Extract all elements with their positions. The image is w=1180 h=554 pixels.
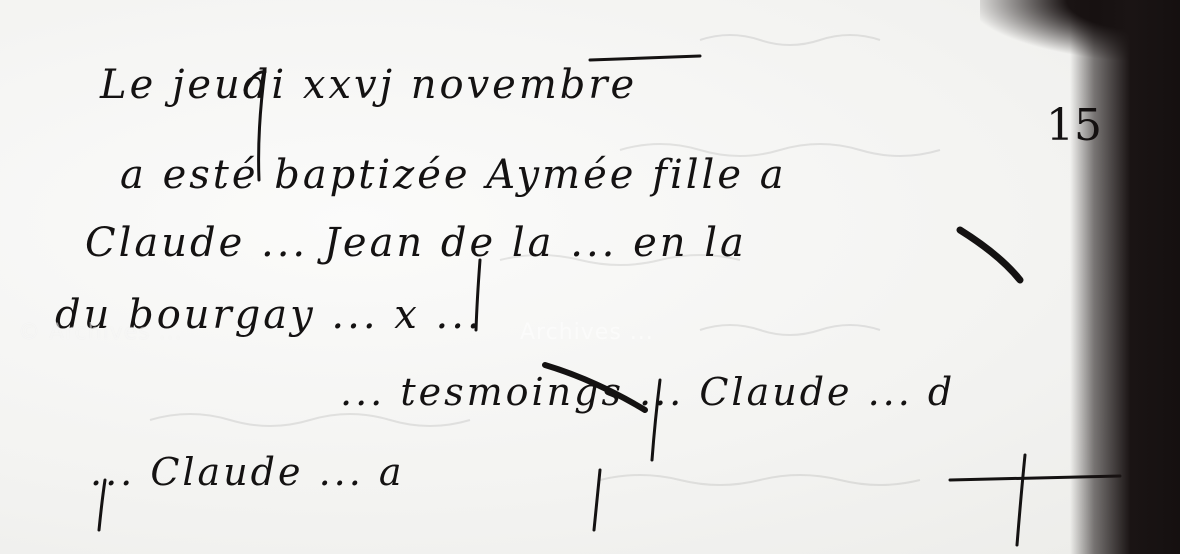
text-line-5: ... tesmoings ... Claude ... d [340,370,955,414]
watermark-left: © Archives ... [18,320,183,345]
binding-shadow [1070,0,1180,554]
text-line-6: ... Claude ... a [90,450,405,494]
text-line-2: a esté baptizée Aymée fille a [120,152,787,198]
document-page: Le jeudi xxvj novembre 15 a esté baptizé… [0,0,1180,554]
watermark-right: Archives ... [520,320,654,345]
text-line-3: Claude ... Jean de la ... en la [85,220,747,266]
text-line-1: Le jeudi xxvj novembre [100,62,637,108]
